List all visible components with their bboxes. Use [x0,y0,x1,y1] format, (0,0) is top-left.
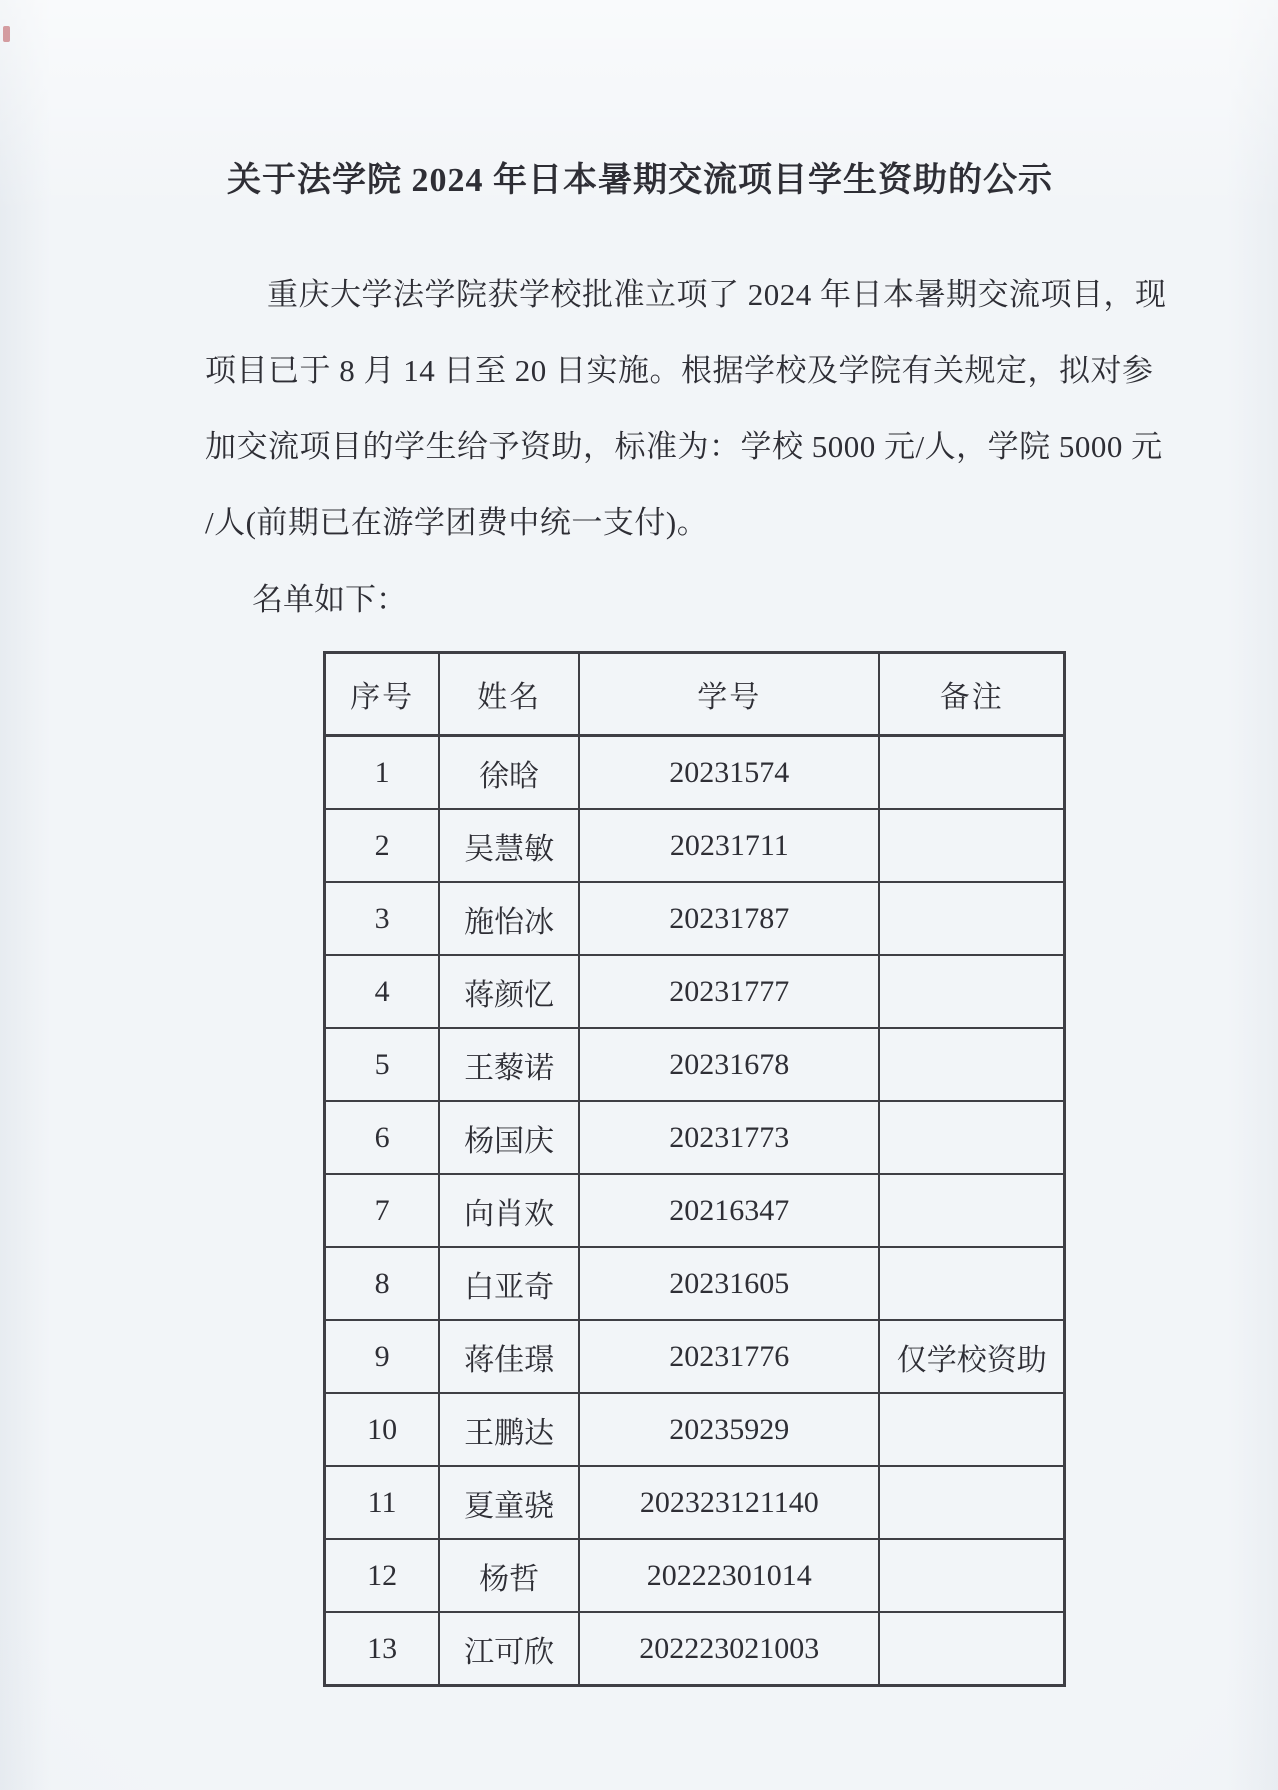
cell-name: 吴慧敏 [439,809,579,882]
body-paragraph: 重庆大学法学院获学校批准立项了 2024 年日本暑期交流项目，现 项目已于 8 … [205,257,1075,561]
table-row: 13 江可欣 202223021003 [325,1612,1065,1686]
table-row: 9 蒋佳璟 20231776 仅学校资助 [325,1320,1065,1393]
cell-note [879,1174,1064,1247]
cell-note [879,809,1064,882]
table-row: 11 夏童骁 202323121140 [325,1466,1065,1539]
cell-student-id: 202223021003 [579,1612,879,1686]
cell-note [879,1539,1064,1612]
table-row: 8 白亚奇 20231605 [325,1247,1065,1320]
cell-index: 1 [325,736,440,810]
cell-name: 杨国庆 [439,1101,579,1174]
cell-index: 9 [325,1320,440,1393]
cell-student-id: 202323121140 [579,1466,879,1539]
cell-note [879,736,1064,810]
table-row: 12 杨哲 20222301014 [325,1539,1065,1612]
paragraph-line-2: 项目已于 8 月 14 日至 20 日实施。根据学校及学院有关规定，拟对参 [205,333,1075,409]
cell-index: 5 [325,1028,440,1101]
cell-student-id: 20222301014 [579,1539,879,1612]
paragraph-line-1: 重庆大学法学院获学校批准立项了 2024 年日本暑期交流项目，现 [205,257,1075,333]
cell-name: 向肖欢 [439,1174,579,1247]
cell-student-id: 20231773 [579,1101,879,1174]
header-row: 序号 姓名 学号 备注 [325,653,1065,736]
cell-student-id: 20231678 [579,1028,879,1101]
cell-name: 徐晗 [439,736,579,810]
paragraph-line-4: /人(前期已在游学团费中统一支付)。 [205,485,1075,561]
cell-note [879,1101,1064,1174]
header-student-id: 学号 [579,653,879,736]
table-row: 5 王藜诺 20231678 [325,1028,1065,1101]
cell-name: 施怡冰 [439,882,579,955]
cell-index: 13 [325,1612,440,1686]
cell-name: 夏童骁 [439,1466,579,1539]
cell-student-id: 20235929 [579,1393,879,1466]
header-note: 备注 [879,653,1064,736]
table-row: 6 杨国庆 20231773 [325,1101,1065,1174]
cell-index: 10 [325,1393,440,1466]
roster-header: 序号 姓名 学号 备注 [325,653,1065,736]
cell-note [879,1466,1064,1539]
cell-name: 王鹏达 [439,1393,579,1466]
roster-body: 1 徐晗 20231574 2 吴慧敏 20231711 3 施怡冰 20231… [325,736,1065,1686]
cell-note [879,955,1064,1028]
cell-note [879,1612,1064,1686]
cell-index: 7 [325,1174,440,1247]
roster-table: 序号 姓名 学号 备注 1 徐晗 20231574 2 吴慧敏 20231711… [323,651,1066,1687]
table-row: 3 施怡冰 20231787 [325,882,1065,955]
cell-index: 3 [325,882,440,955]
cell-note [879,882,1064,955]
cell-index: 11 [325,1466,440,1539]
paragraph-line-3: 加交流项目的学生给予资助，标准为：学校 5000 元/人，学院 5000 元 [205,409,1075,485]
document-content: 关于法学院 2024 年日本暑期交流项目学生资助的公示 重庆大学法学院获学校批准… [0,0,1278,1687]
cell-student-id: 20231605 [579,1247,879,1320]
cell-note: 仅学校资助 [879,1320,1064,1393]
cell-name: 王藜诺 [439,1028,579,1101]
cell-student-id: 20231787 [579,882,879,955]
cell-student-id: 20231574 [579,736,879,810]
table-row: 4 蒋颜忆 20231777 [325,955,1065,1028]
cell-name: 白亚奇 [439,1247,579,1320]
cell-note [879,1028,1064,1101]
document-title: 关于法学院 2024 年日本暑期交流项目学生资助的公示 [205,152,1075,201]
header-index: 序号 [325,653,440,736]
scanned-announcement-page: 关于法学院 2024 年日本暑期交流项目学生资助的公示 重庆大学法学院获学校批准… [0,0,1278,1790]
table-row: 7 向肖欢 20216347 [325,1174,1065,1247]
cell-name: 蒋佳璟 [439,1320,579,1393]
table-row: 2 吴慧敏 20231711 [325,809,1065,882]
cell-student-id: 20216347 [579,1174,879,1247]
cell-student-id: 20231777 [579,955,879,1028]
table-row: 1 徐晗 20231574 [325,736,1065,810]
cell-note [879,1247,1064,1320]
header-name: 姓名 [439,653,579,736]
cell-index: 8 [325,1247,440,1320]
cell-student-id: 20231776 [579,1320,879,1393]
table-row: 10 王鹏达 20235929 [325,1393,1065,1466]
cell-index: 6 [325,1101,440,1174]
cell-name: 蒋颜忆 [439,955,579,1028]
cell-note [879,1393,1064,1466]
cell-name: 江可欣 [439,1612,579,1686]
cell-name: 杨哲 [439,1539,579,1612]
cell-index: 2 [325,809,440,882]
cell-index: 4 [325,955,440,1028]
list-intro: 名单如下： [205,561,1075,639]
cell-index: 12 [325,1539,440,1612]
cell-student-id: 20231711 [579,809,879,882]
